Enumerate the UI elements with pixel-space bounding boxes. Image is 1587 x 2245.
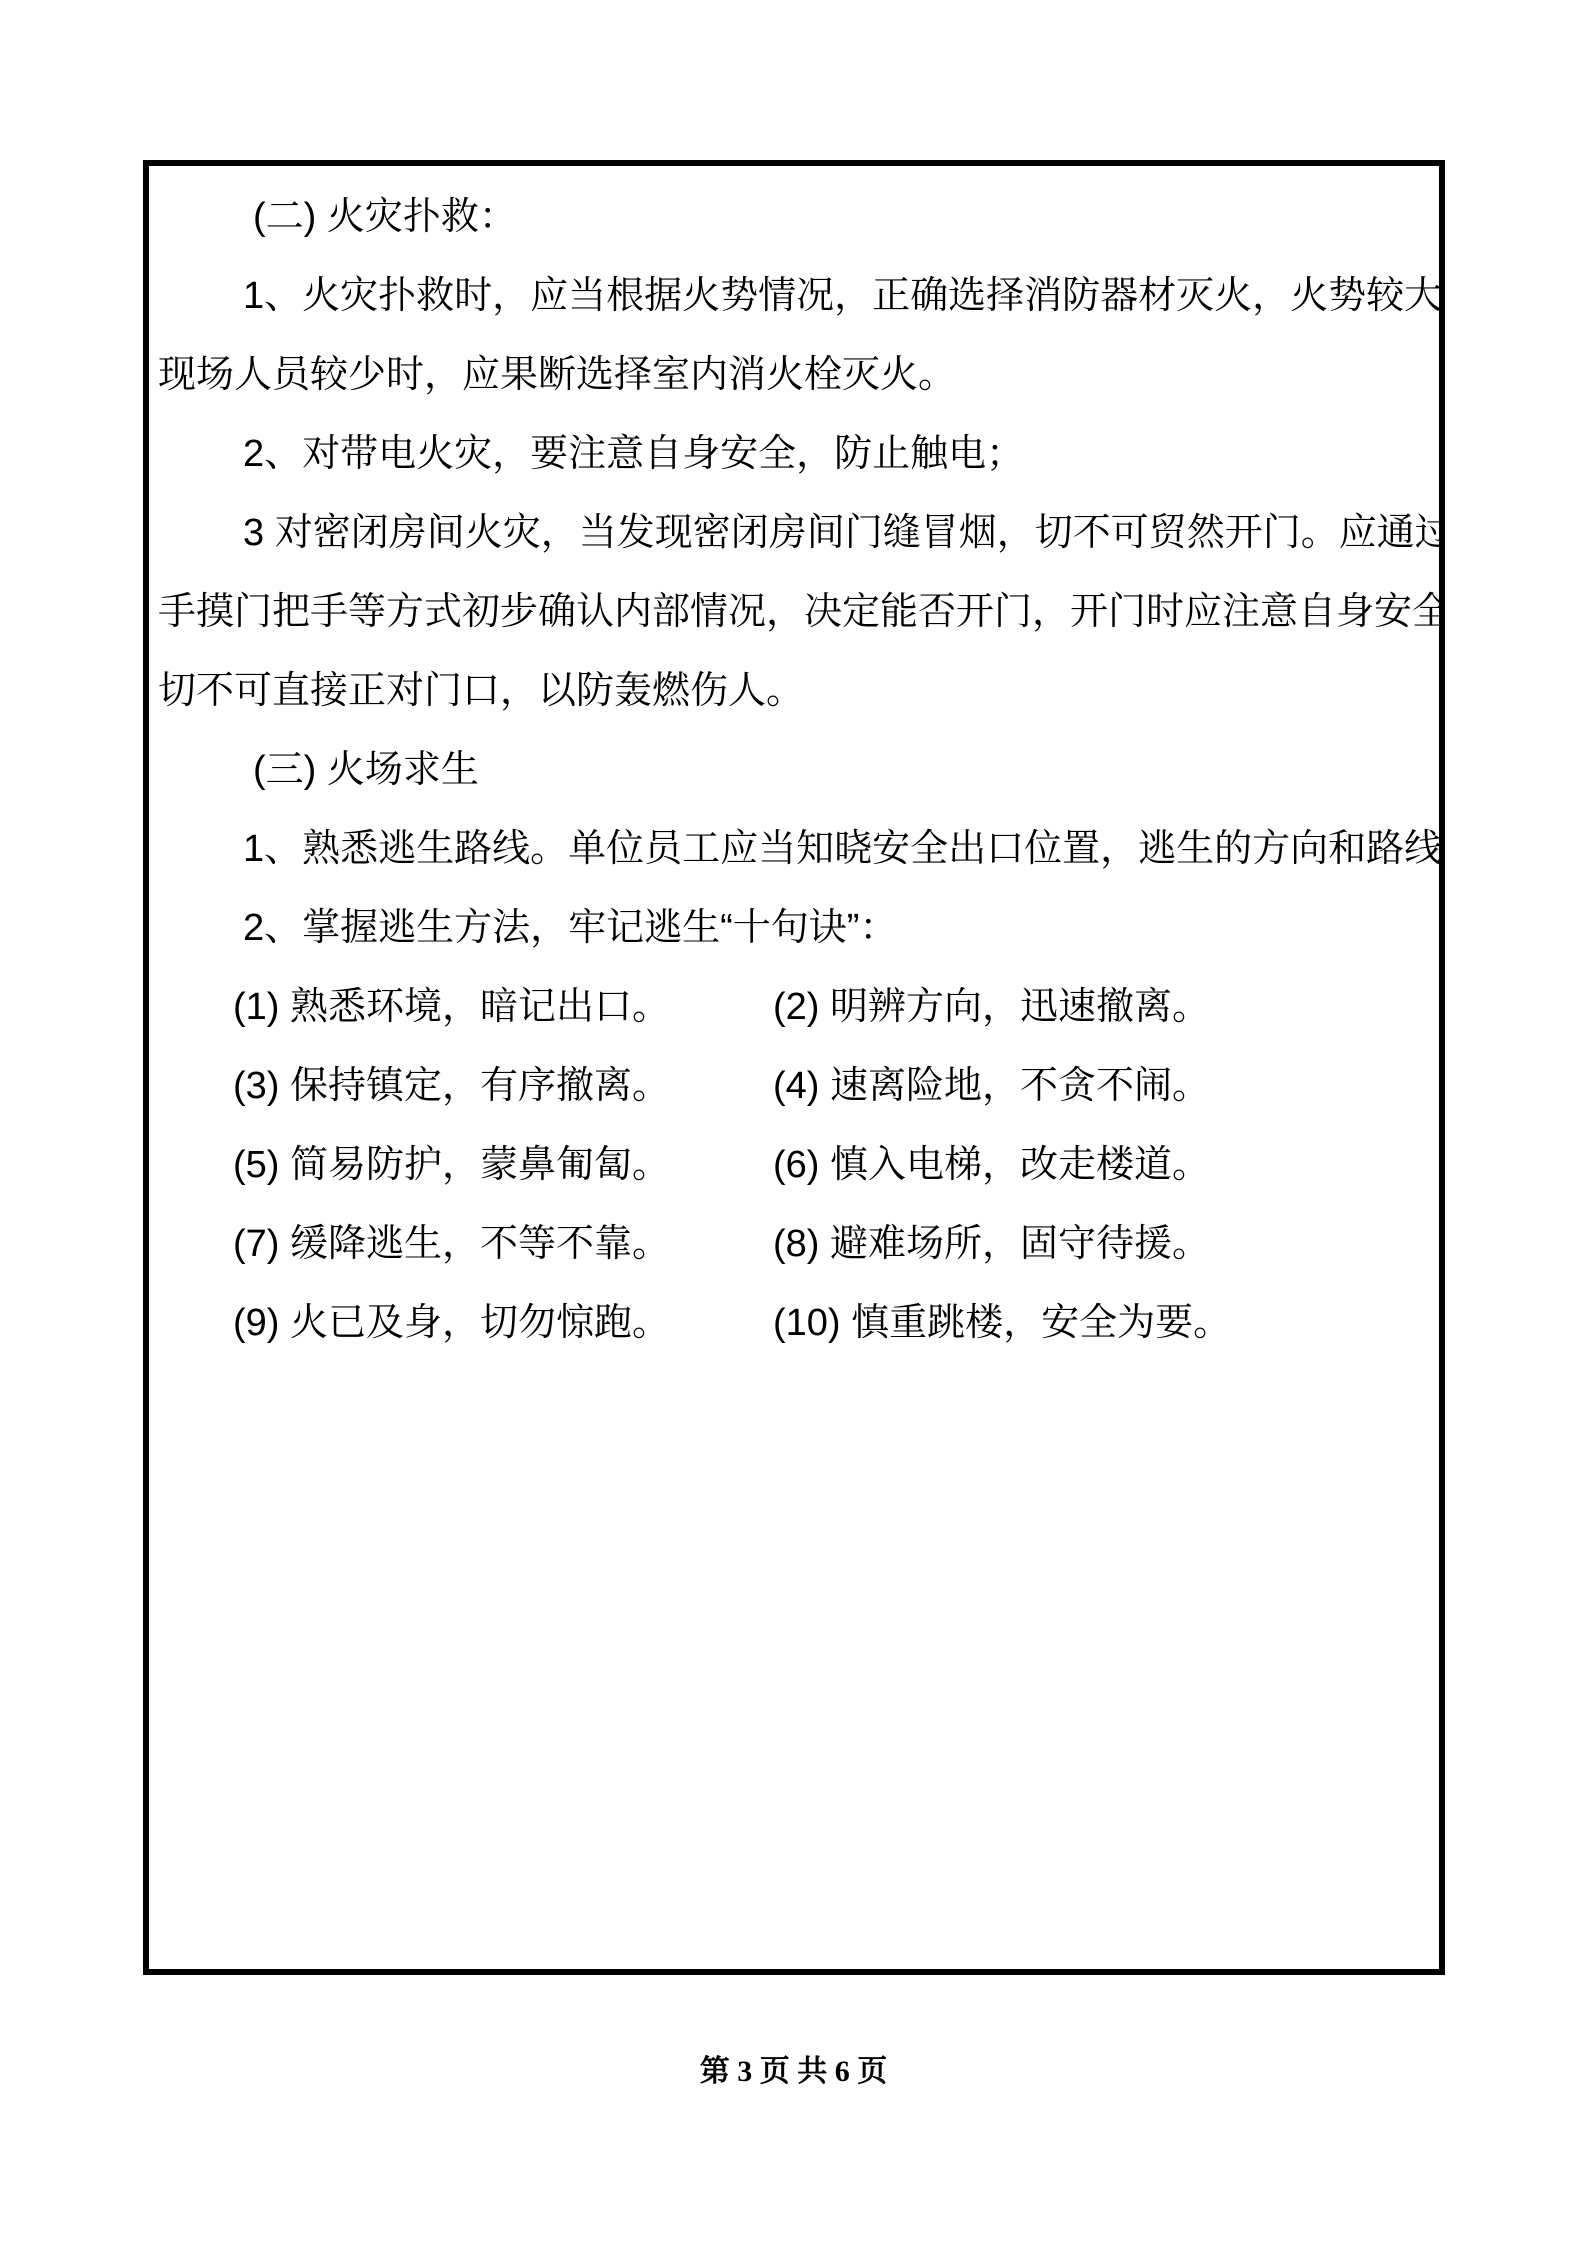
- escape-tip-4: (4) 速离险地，不贪不闹。: [773, 1047, 1210, 1126]
- content-border-box: (二) 火灾扑救： 1、火灾扑救时，应当根据火势情况，正确选择消防器材灭火，火势…: [143, 160, 1445, 1975]
- escape-tip-row: (5) 简易防护，蒙鼻匍匐。 (6) 慎入电梯，改走楼道。: [158, 1126, 1431, 1205]
- escape-tip-row: (3) 保持镇定，有序撤离。 (4) 速离险地，不贪不闹。: [158, 1047, 1431, 1126]
- paragraph-4-line-1: 1、熟悉逃生路线。单位员工应当知晓安全出口位置，逃生的方向和路线。: [158, 810, 1431, 889]
- page-number-footer: 第 3 页 共 6 页: [0, 2052, 1587, 2092]
- escape-tip-1: (1) 熟悉环境，暗记出口。: [233, 968, 670, 1047]
- paragraph-1-line-2: 现场人员较少时，应果断选择室内消火栓灭火。: [158, 336, 1431, 415]
- paragraph-3-line-3: 切不可直接正对门口，以防轰燃伤人。: [158, 652, 1431, 731]
- paragraph-5-line-1: 2、掌握逃生方法，牢记逃生“十句诀”：: [158, 889, 1431, 968]
- paragraph-3-line-1: 3 对密闭房间火灾，当发现密闭房间门缝冒烟，切不可贸然开门。应通过: [158, 494, 1431, 573]
- paragraph-1-line-1: 1、火灾扑救时，应当根据火势情况，正确选择消防器材灭火，火势较大、: [158, 257, 1431, 336]
- escape-tip-row: (1) 熟悉环境，暗记出口。 (2) 明辨方向，迅速撤离。: [158, 968, 1431, 1047]
- document-page: (二) 火灾扑救： 1、火灾扑救时，应当根据火势情况，正确选择消防器材灭火，火势…: [0, 0, 1587, 2245]
- escape-tip-2: (2) 明辨方向，迅速撤离。: [773, 968, 1210, 1047]
- escape-tip-3: (3) 保持镇定，有序撤离。: [233, 1047, 670, 1126]
- escape-tip-6: (6) 慎入电梯，改走楼道。: [773, 1126, 1210, 1205]
- escape-tip-10: (10) 慎重跳楼，安全为要。: [773, 1284, 1231, 1363]
- escape-tip-9: (9) 火已及身，切勿惊跑。: [233, 1284, 670, 1363]
- section-heading-fire-fighting: (二) 火灾扑救：: [158, 178, 1431, 257]
- paragraph-2-line-1: 2、对带电火灾，要注意自身安全，防止触电；: [158, 415, 1431, 494]
- escape-tip-5: (5) 简易防护，蒙鼻匍匐。: [233, 1126, 670, 1205]
- escape-tip-row: (7) 缓降逃生，不等不靠。 (8) 避难场所，固守待援。: [158, 1205, 1431, 1284]
- escape-tip-row: (9) 火已及身，切勿惊跑。 (10) 慎重跳楼，安全为要。: [158, 1284, 1431, 1363]
- escape-tip-7: (7) 缓降逃生，不等不靠。: [233, 1205, 670, 1284]
- paragraph-3-line-2: 手摸门把手等方式初步确认内部情况，决定能否开门，开门时应注意自身安全，: [158, 573, 1431, 652]
- escape-tip-8: (8) 避难场所，固守待援。: [773, 1205, 1210, 1284]
- section-heading-fire-escape: (三) 火场求生: [158, 731, 1431, 810]
